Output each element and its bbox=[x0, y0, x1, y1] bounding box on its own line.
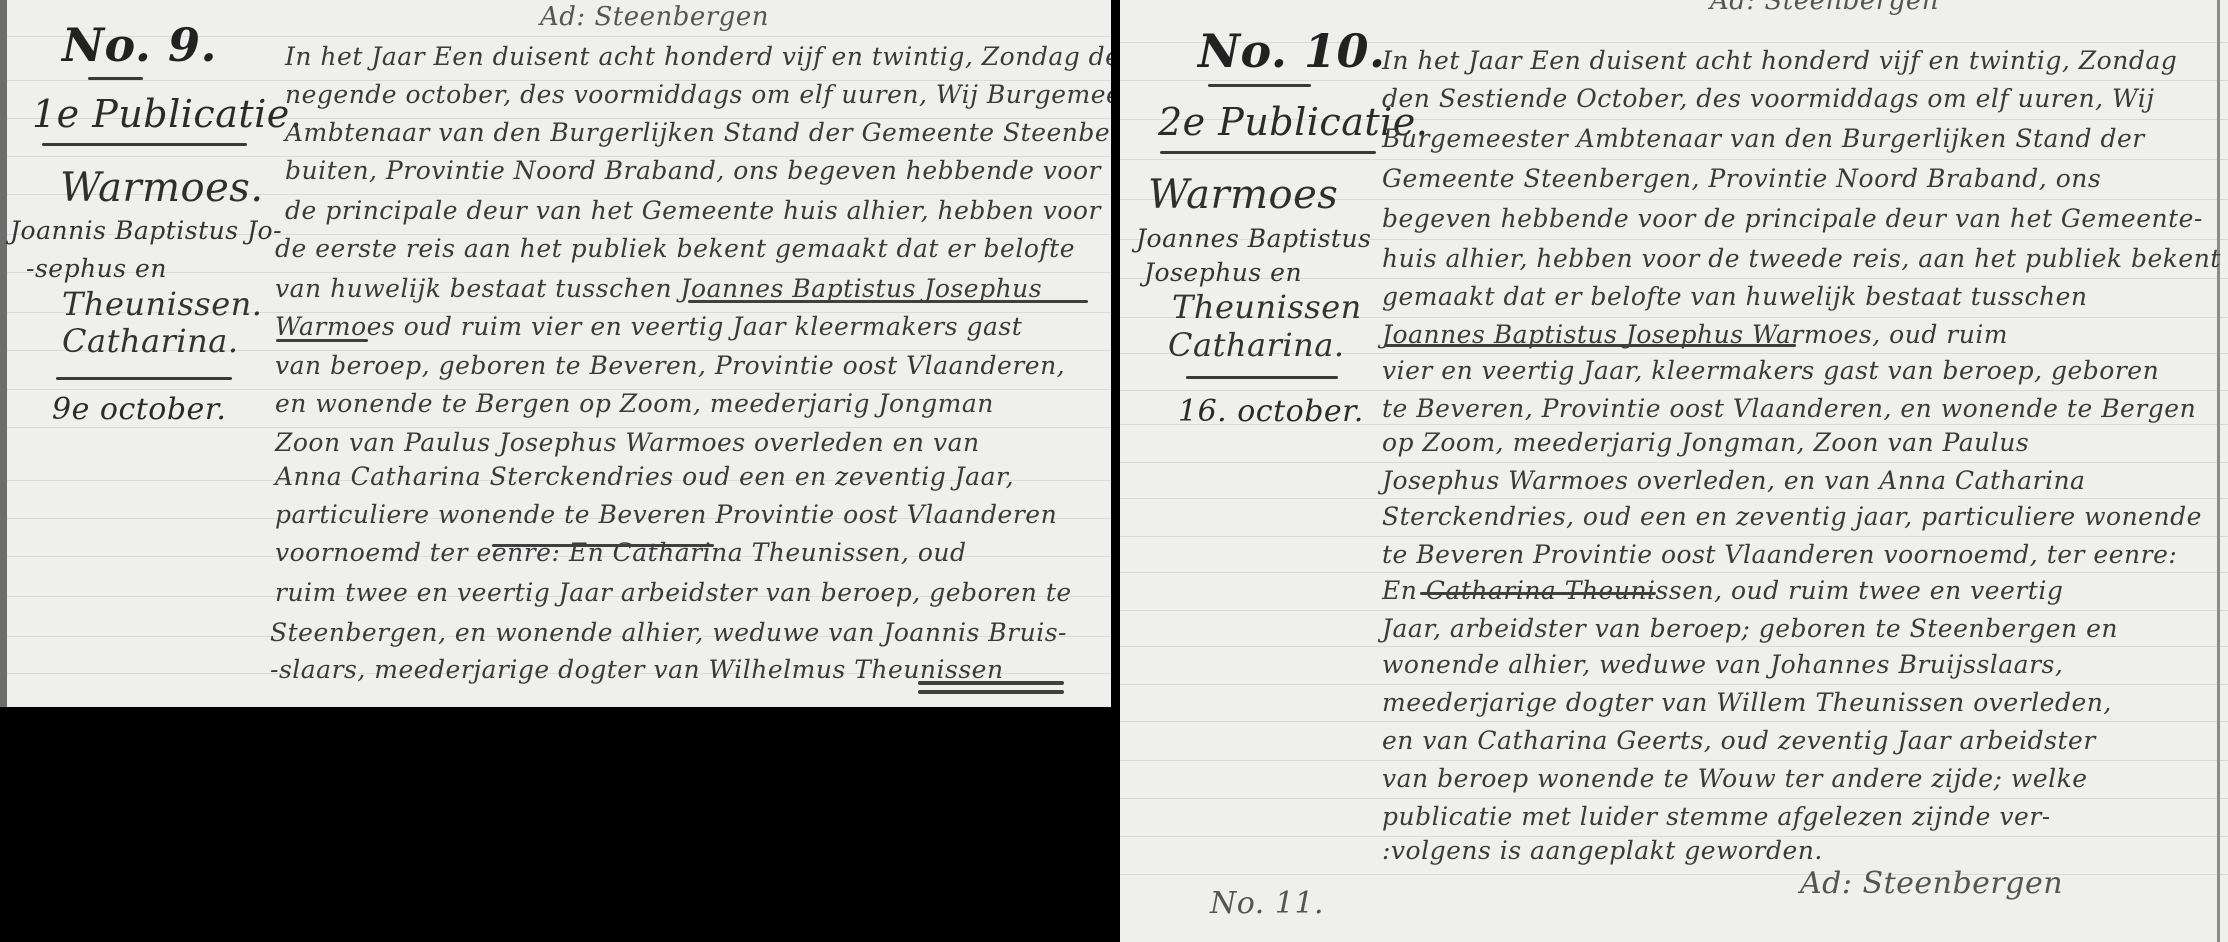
text-line: en wonende te Bergen op Zoom, meederjari… bbox=[275, 389, 994, 418]
publication-date: 9e october. bbox=[52, 392, 226, 427]
text-line: negende october, des voormiddags om elf … bbox=[285, 80, 1111, 109]
bride-name-underline bbox=[492, 544, 714, 547]
groom-surname: Warmoes bbox=[1148, 172, 1338, 218]
text-line: buiten, Provintie Noord Braband, ons beg… bbox=[285, 156, 1101, 185]
text-line: Zoon van Paulus Josephus Warmoes overled… bbox=[275, 428, 980, 457]
bride-surname: Theunissen. bbox=[62, 285, 262, 323]
text-line: te Beveren, Provintie oost Vlaanderen, e… bbox=[1382, 394, 2196, 423]
groom-name-underline bbox=[688, 300, 1088, 303]
text-line: meederjarige dogter van Willem Theunisse… bbox=[1382, 688, 2112, 717]
text-line: te Beveren Provintie oost Vlaanderen voo… bbox=[1382, 540, 2177, 569]
text-line: op Zoom, meederjarig Jongman, Zoon van P… bbox=[1382, 428, 2029, 457]
ruled-line bbox=[1120, 798, 2228, 799]
ruled-line bbox=[1120, 572, 2228, 573]
ruled-line bbox=[1120, 646, 2228, 647]
text-line: de principale deur van het Gemeente huis… bbox=[285, 196, 1101, 225]
page-edge-rule bbox=[2217, 0, 2220, 942]
bride-given-name: Catharina. bbox=[1168, 326, 1345, 364]
text-line: Burgemeester Ambtenaar van den Burgerlij… bbox=[1382, 124, 2145, 153]
text-line: Jaar, arbeidster van beroep; geboren te … bbox=[1382, 614, 2118, 643]
ruled-line bbox=[1120, 684, 2228, 685]
groom-given-names-cont: Josephus en bbox=[1144, 258, 1302, 287]
publication-underline bbox=[1160, 151, 1376, 154]
margin-separator bbox=[56, 377, 232, 380]
text-line: en van Catharina Geerts, oud zeventig Ja… bbox=[1382, 726, 2096, 755]
text-line: van huwelijk bestaat tusschen Joannes Ba… bbox=[275, 274, 1042, 303]
groom-surname: Warmoes. bbox=[60, 165, 264, 211]
ruled-line bbox=[1120, 80, 2228, 81]
header-signature: Ad: Steenbergen bbox=[1710, 0, 1939, 16]
publication-label: 1e Publicatie. bbox=[32, 92, 302, 136]
text-line: In het Jaar Een duisent acht honderd vij… bbox=[285, 42, 1111, 71]
ruled-line bbox=[1120, 390, 2228, 391]
bride-given-name: Catharina. bbox=[62, 322, 239, 360]
left-register-page: Ad: Steenbergen No. 9. 1e Publicatie. Wa… bbox=[0, 0, 1111, 707]
entry-number: No. 9. bbox=[62, 18, 217, 72]
text-line: In het Jaar Een duisent acht honderd vij… bbox=[1382, 46, 2177, 75]
groom-given-names: Joannis Baptistus Jo- bbox=[10, 216, 282, 245]
text-line: den Sestiende October, des voormiddags o… bbox=[1382, 84, 2155, 113]
text-line: Steenbergen, en wonende alhier, weduwe v… bbox=[270, 618, 1067, 647]
bride-name-underline bbox=[1420, 592, 1656, 595]
entry-number: No. 10. bbox=[1198, 24, 1385, 78]
text-line: :volgens is aangeplakt geworden. bbox=[1382, 836, 1823, 865]
text-line: van beroep wonende te Wouw ter andere zi… bbox=[1382, 764, 2088, 793]
groom-given-names: Joannes Baptistus bbox=[1136, 224, 1371, 253]
text-line: de eerste reis aan het publiek bekent ge… bbox=[275, 234, 1075, 263]
text-line: Warmoes oud ruim vier en veertig Jaar kl… bbox=[275, 312, 1022, 341]
text-line: Anna Catharina Sterckendries oud een en … bbox=[275, 462, 1014, 491]
ruled-line bbox=[1120, 610, 2228, 611]
ruled-line bbox=[1120, 159, 2228, 160]
number-underline bbox=[1208, 84, 1311, 87]
next-entry-number: No. 11. bbox=[1210, 886, 1324, 921]
number-underline bbox=[88, 77, 143, 80]
text-line: vier en veertig Jaar, kleermakers gast v… bbox=[1382, 356, 2159, 385]
text-line: voornoemd ter eenre: En Catharina Theuni… bbox=[275, 538, 966, 567]
closing-signature: Ad: Steenbergen bbox=[1800, 866, 2063, 901]
text-line: Ambtenaar van den Burgerlijken Stand der… bbox=[285, 118, 1111, 147]
text-line: wonende alhier, weduwe van Johannes Brui… bbox=[1382, 650, 2063, 679]
text-line: begeven hebbende voor de principale deur… bbox=[1382, 204, 2203, 233]
text-line: van beroep, geboren te Beveren, Provinti… bbox=[275, 351, 1065, 380]
ruled-line bbox=[1120, 498, 2228, 499]
text-line: huis alhier, hebben voor de tweede reis,… bbox=[1382, 244, 2221, 273]
text-line: Sterckendries, oud een en zeventig jaar,… bbox=[1382, 502, 2202, 531]
text-line: Gemeente Steenbergen, Provintie Noord Br… bbox=[1382, 164, 2101, 193]
text-line: Josephus Warmoes overleden, en van Anna … bbox=[1382, 466, 2085, 495]
ruled-line bbox=[1120, 760, 2228, 761]
margin-separator bbox=[1186, 376, 1338, 379]
groom-name-underline bbox=[1384, 344, 1796, 347]
right-register-page: Ad: Steenbergen No. 10. 2e Publicatie. W… bbox=[1120, 0, 2228, 942]
publication-date: 16. october. bbox=[1178, 394, 1364, 429]
ruled-line bbox=[1120, 536, 2228, 537]
closing-double-rule-bottom bbox=[918, 690, 1064, 694]
groom-surname-underline bbox=[276, 339, 368, 342]
closing-double-rule-top bbox=[918, 681, 1064, 685]
bride-surname: Theunissen bbox=[1172, 288, 1362, 326]
header-signature: Ad: Steenbergen bbox=[540, 2, 769, 32]
groom-given-names-cont: -sephus en bbox=[26, 254, 167, 283]
text-line: -slaars, meederjarige dogter van Wilhelm… bbox=[270, 655, 1004, 684]
text-line: ruim twee en veertig Jaar arbeidster van… bbox=[275, 578, 1072, 607]
text-line: publicatie met luider stemme afgelezen z… bbox=[1382, 802, 2051, 831]
ruled-line bbox=[1120, 721, 2228, 722]
text-line: gemaakt dat er belofte van huwelijk best… bbox=[1382, 282, 2088, 311]
text-line: En Catharina Theunissen, oud ruim twee e… bbox=[1382, 576, 2063, 605]
publication-underline bbox=[42, 143, 247, 146]
ruled-line bbox=[1120, 462, 2228, 463]
text-line: particuliere wonende te Beveren Provinti… bbox=[275, 500, 1057, 529]
